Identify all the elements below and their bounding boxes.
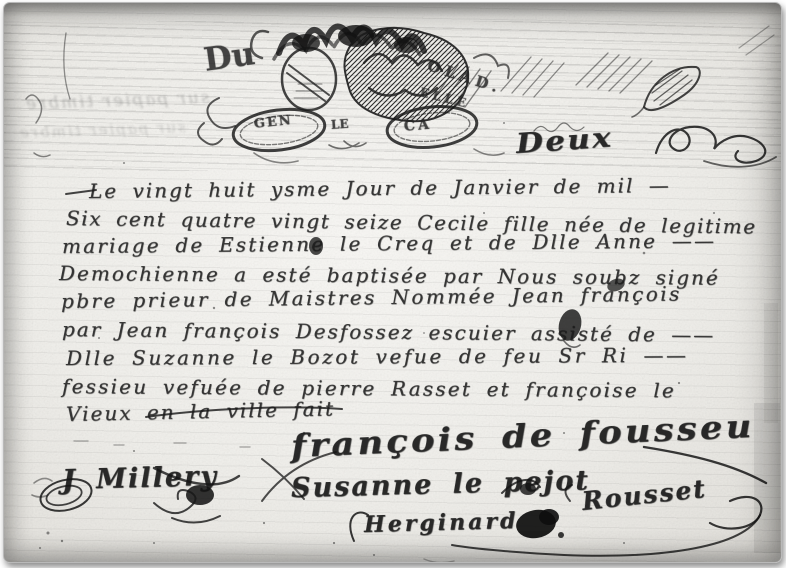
signature-godfather-large: françois de fousseu bbox=[290, 407, 755, 465]
manuscript-line-7: Dlle Suzanne le Bozot vefue de feu Sr Ri… bbox=[66, 343, 689, 370]
manuscript-line-9: Vieux en la ville fait bbox=[66, 396, 335, 426]
stamp-cartouche-left-letters: GEN bbox=[253, 113, 293, 132]
manuscript-line-1: Le vingt huit ysme Jour de Janvier de mi… bbox=[89, 173, 671, 203]
signature-godmother: Susanne le pejot bbox=[291, 465, 591, 504]
manuscript-line-3: mariage de Estienne le Creq et de Dlle A… bbox=[62, 228, 716, 258]
bleed-through-text: sur papier timbre bbox=[24, 88, 210, 114]
manuscript-line-8: fessieu vefuée de pierre Rasset et franç… bbox=[62, 374, 676, 402]
fee-annotation-deux: Deux bbox=[515, 122, 614, 160]
stamp-mid-letters: ELLE bbox=[418, 85, 471, 111]
stamp-cartouche-right-letters: CA bbox=[403, 117, 432, 135]
manuscript-line-5: pbre prieur de Maistres Nommée Jean fran… bbox=[61, 281, 682, 313]
stamp-cartouche-mid-letters: LE bbox=[331, 117, 350, 132]
signature-witness-right: Rousset bbox=[580, 474, 708, 516]
manuscript-page: sur papier timbre sur papier timbre bbox=[3, 2, 782, 563]
scan-top-shadow bbox=[4, 3, 781, 17]
stamp-du-letters: Du bbox=[201, 34, 257, 79]
bleed-through-text-2: sur papier timbre bbox=[18, 118, 186, 142]
signature-witness-bottom: Herginard bbox=[364, 508, 519, 538]
signature-witness-left: J Millery bbox=[62, 461, 219, 496]
